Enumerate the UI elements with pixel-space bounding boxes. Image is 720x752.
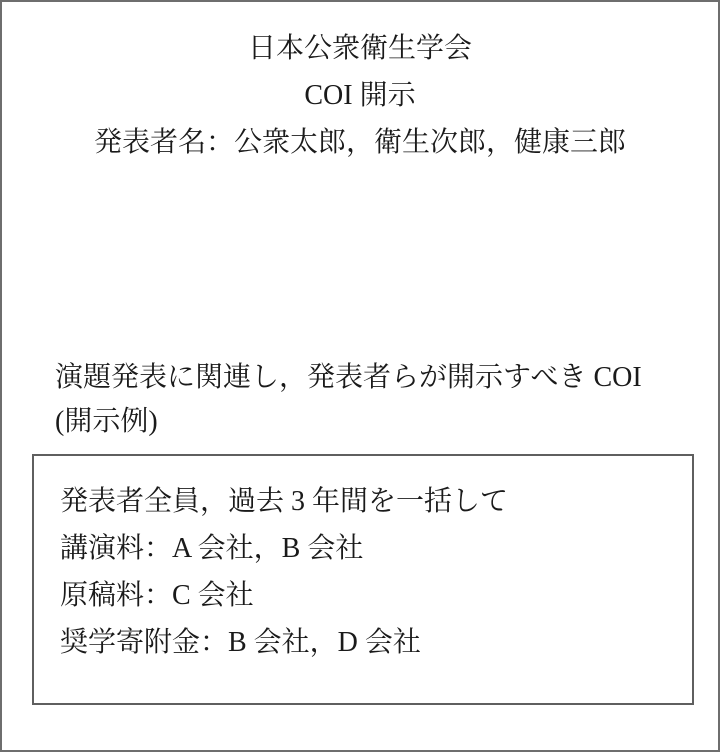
disclosure-example-box: 発表者全員，過去 3 年間を一括して 講演料：A 会社，B 会社 原稿料：C 会… [32, 454, 694, 705]
disclosure-lecture-fees-line: 講演料：A 会社，B 会社 [60, 525, 682, 572]
coi-disclosure-slide: 日本公衆衛生学会 COI 開示 発表者名：公衆太郎，衛生次郎，健康三郎 演題発表… [0, 0, 720, 752]
presenter-names: 発表者名：公衆太郎，衛生次郎，健康三郎 [2, 126, 718, 160]
organization-name: 日本公衆衛生学会 [2, 32, 718, 66]
disclosure-manuscript-fees-line: 原稿料：C 会社 [60, 572, 682, 619]
statement-line-1: 演題発表に関連し，発表者らが開示すべき COI [55, 355, 680, 400]
disclosure-summary-line: 発表者全員，過去 3 年間を一括して [60, 478, 682, 525]
document-title: COI 開示 [2, 79, 718, 113]
example-label: (開示例) [55, 403, 158, 441]
disclosure-scholarship-donations-line: 奨学寄附金：B 会社，D 会社 [60, 619, 682, 666]
